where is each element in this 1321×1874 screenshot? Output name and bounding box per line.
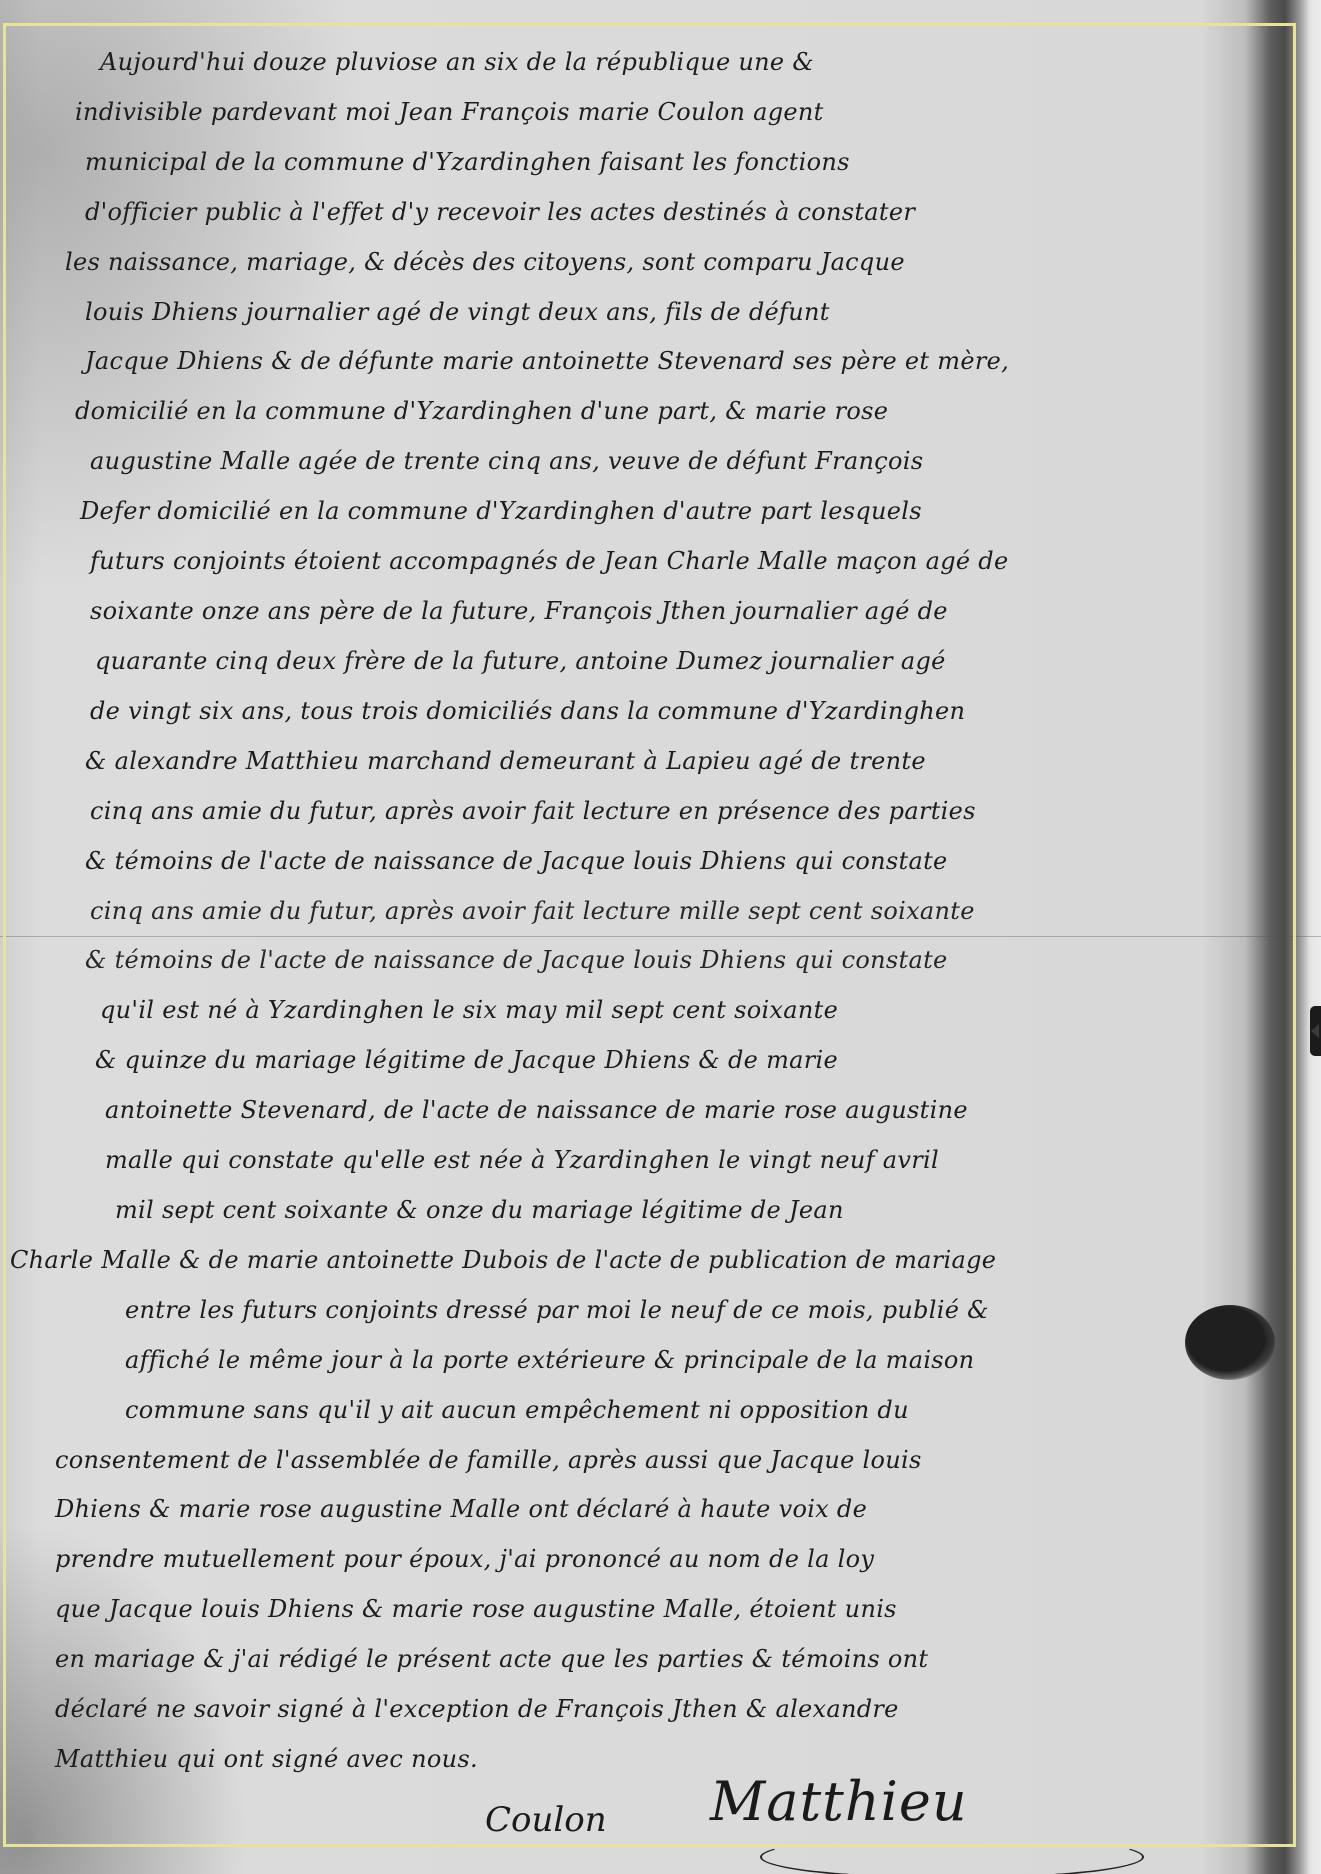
scanned-page bbox=[0, 0, 1321, 1874]
panel-toggle-button[interactable] bbox=[1310, 1006, 1321, 1056]
record-line: antoinette Stevenard, de l'acte de naiss… bbox=[105, 1096, 968, 1124]
record-line-duplicate: & témoins de l'acte de naissance de Jacq… bbox=[85, 946, 948, 974]
record-line: indivisible pardevant moi Jean François … bbox=[75, 98, 824, 126]
signature-officer: Coulon bbox=[485, 1800, 607, 1840]
record-line: en mariage & j'ai rédigé le présent acte… bbox=[55, 1645, 928, 1673]
record-line-duplicate: cinq ans amie du futur, après avoir fait… bbox=[90, 897, 975, 925]
signature-witness: Matthieu bbox=[710, 1770, 968, 1833]
record-line: malle qui constate qu'elle est née à Yza… bbox=[105, 1146, 939, 1174]
record-line: Dhiens & marie rose augustine Malle ont … bbox=[55, 1495, 867, 1523]
record-line: Jacque Dhiens & de défunte marie antoine… bbox=[85, 347, 1009, 375]
record-line: municipal de la commune d'Yzardinghen fa… bbox=[85, 148, 850, 176]
record-line: & témoins de l'acte de naissance de Jacq… bbox=[85, 847, 948, 875]
scan-splice-seam bbox=[0, 936, 1321, 937]
record-line: domicilié en la commune d'Yzardinghen d'… bbox=[75, 397, 888, 425]
record-line: & alexandre Matthieu marchand demeurant … bbox=[85, 747, 926, 775]
record-line: quarante cinq deux frère de la future, a… bbox=[95, 647, 946, 675]
signature-flourish bbox=[760, 1835, 1144, 1874]
record-line: & quinze du mariage légitime de Jacque D… bbox=[95, 1046, 838, 1074]
record-line: déclaré ne savoir signé à l'exception de… bbox=[55, 1695, 899, 1723]
record-line: prendre mutuellement pour époux, j'ai pr… bbox=[55, 1545, 874, 1573]
ink-blot bbox=[1185, 1305, 1275, 1380]
record-line: soixante onze ans père de la future, Fra… bbox=[90, 597, 948, 625]
record-line: Aujourd'hui douze pluviose an six de la … bbox=[100, 48, 814, 76]
record-line: de vingt six ans, tous trois domiciliés … bbox=[90, 697, 965, 725]
record-line: entre les futurs conjoints dressé par mo… bbox=[125, 1296, 989, 1324]
record-line: que Jacque louis Dhiens & marie rose aug… bbox=[55, 1595, 897, 1623]
record-line: cinq ans amie du futur, après avoir fait… bbox=[90, 797, 976, 825]
record-line: d'officier public à l'effet d'y recevoir… bbox=[85, 198, 915, 226]
record-line: qu'il est né à Yzardinghen le six may mi… bbox=[100, 996, 838, 1024]
record-line: commune sans qu'il y ait aucun empêcheme… bbox=[125, 1396, 909, 1424]
record-line: mil sept cent soixante & onze du mariage… bbox=[115, 1196, 844, 1224]
record-line: consentement de l'assemblée de famille, … bbox=[55, 1446, 922, 1474]
record-line: Defer domicilié en la commune d'Yzarding… bbox=[80, 497, 922, 525]
chevron-left-icon bbox=[1311, 1024, 1319, 1038]
record-line: augustine Malle agée de trente cinq ans,… bbox=[90, 447, 923, 475]
record-line: les naissance, mariage, & décès des cito… bbox=[65, 248, 905, 276]
record-line: affiché le même jour à la porte extérieu… bbox=[125, 1346, 974, 1374]
record-line: louis Dhiens journalier agé de vingt deu… bbox=[85, 298, 830, 326]
record-line: Charle Malle & de marie antoinette Duboi… bbox=[10, 1246, 996, 1274]
record-line: Matthieu qui ont signé avec nous. bbox=[55, 1745, 478, 1773]
record-line: futurs conjoints étoient accompagnés de … bbox=[90, 547, 1008, 575]
